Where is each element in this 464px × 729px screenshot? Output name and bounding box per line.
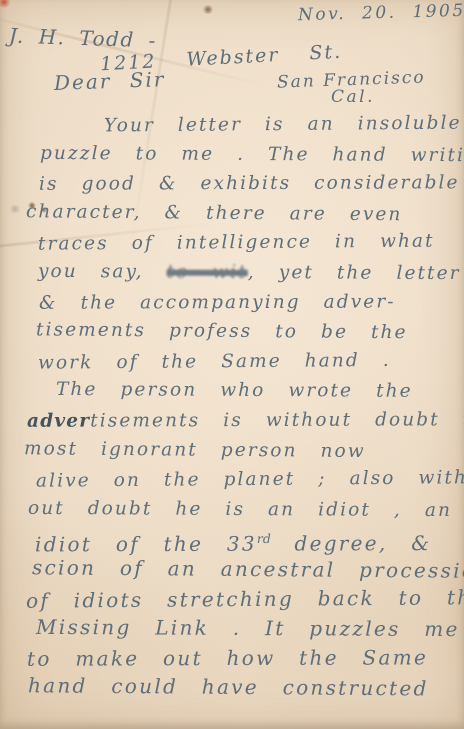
letter-line: tisements profess to be the [36, 315, 460, 348]
letter-line-sup: rd [257, 531, 271, 546]
letter-line-text: alive on the planet ; also with- [36, 467, 464, 491]
letter-line-text: work of the Same hand . [38, 350, 391, 374]
letter-line-text: most ignorant person now [24, 438, 366, 462]
letter-line-strike: to wit [167, 262, 248, 283]
letter-line-text: Missing Link . It puzzles me [36, 615, 460, 641]
letter-line: advertisements is without doubt the [27, 405, 463, 436]
letter-line: hand could have constructed [28, 671, 460, 704]
letter-line: to make out how the Same [27, 642, 463, 673]
letter-line-text: tisements profess to be the [36, 319, 408, 343]
letter-state: Cal. [331, 87, 375, 107]
ink-smudge [8, 205, 22, 213]
letter-line-text: to make out how the Same [27, 645, 428, 670]
letter-line-text: scion of an ancestral procession [32, 555, 464, 583]
letter-page: Nov. 20. 1905 J. H. Todd - 1212 Webster … [0, 0, 464, 729]
letter-line: Missing Link . It puzzles me [36, 612, 464, 644]
letter-line: out doubt he is an idiot , an [28, 494, 464, 526]
letter-salutation: Dear Sir [54, 67, 166, 95]
letter-line: work of the Same hand . [38, 345, 462, 378]
letter-line-text: out doubt he is an idiot , an [28, 498, 452, 521]
letter-line-text: hand could have constructed [28, 674, 429, 701]
letter-line: idiot of the 33rd degree, & [35, 524, 463, 555]
letter-line-text: & the accompanying adver- [39, 291, 396, 313]
letter-line-text: puzzle to me . The hand writing [40, 142, 464, 165]
letter-line-text: character, & there are even [26, 201, 403, 225]
red-ink-mark [0, 0, 11, 8]
letter-line: puzzle to me . The hand writing [40, 138, 464, 170]
letter-line: character, & there are even [26, 197, 460, 230]
letter-line-text: tisements is without doubt the [90, 409, 464, 431]
letter-line: & the accompanying adver- [39, 287, 463, 318]
letter-line-text: traces of intelligence in what [38, 231, 435, 255]
letter-recipient: J. H. Todd - [9, 23, 158, 52]
letter-line-text: you say, [38, 261, 167, 283]
letter-line-text: of idiots stretching back to the [26, 585, 464, 613]
letter-line: of idiots stretching back to the [26, 582, 462, 615]
letter-body: Your letter is an insolublepuzzle to me … [26, 110, 462, 702]
letter-line-bold: adver [27, 410, 90, 431]
letter-date: Nov. 20. 1905 [298, 1, 464, 25]
letter-line: most ignorant person now [24, 434, 460, 467]
letter-line-text: is good & exhibits considerable [39, 172, 460, 194]
letter-line: is good & exhibits considerable [39, 168, 463, 199]
letter-line-text: , yet the letter [248, 262, 461, 284]
letter-line: scion of an ancestral procession [32, 552, 460, 585]
letter-line: you say, to wit, yet the letter [38, 257, 464, 289]
letter-line: Your letter is an insoluble [104, 109, 462, 141]
letter-line-text: Your letter is an insoluble [104, 113, 462, 137]
letter-line-text: degree, & [271, 531, 432, 556]
letter-line: The person who wrote the [56, 375, 464, 407]
foxing-spot [202, 5, 214, 14]
letter-line: alive on the planet ; also with- [36, 463, 462, 496]
letter-line-text: The person who wrote the [56, 379, 413, 402]
letter-line: traces of intelligence in what [38, 227, 462, 260]
